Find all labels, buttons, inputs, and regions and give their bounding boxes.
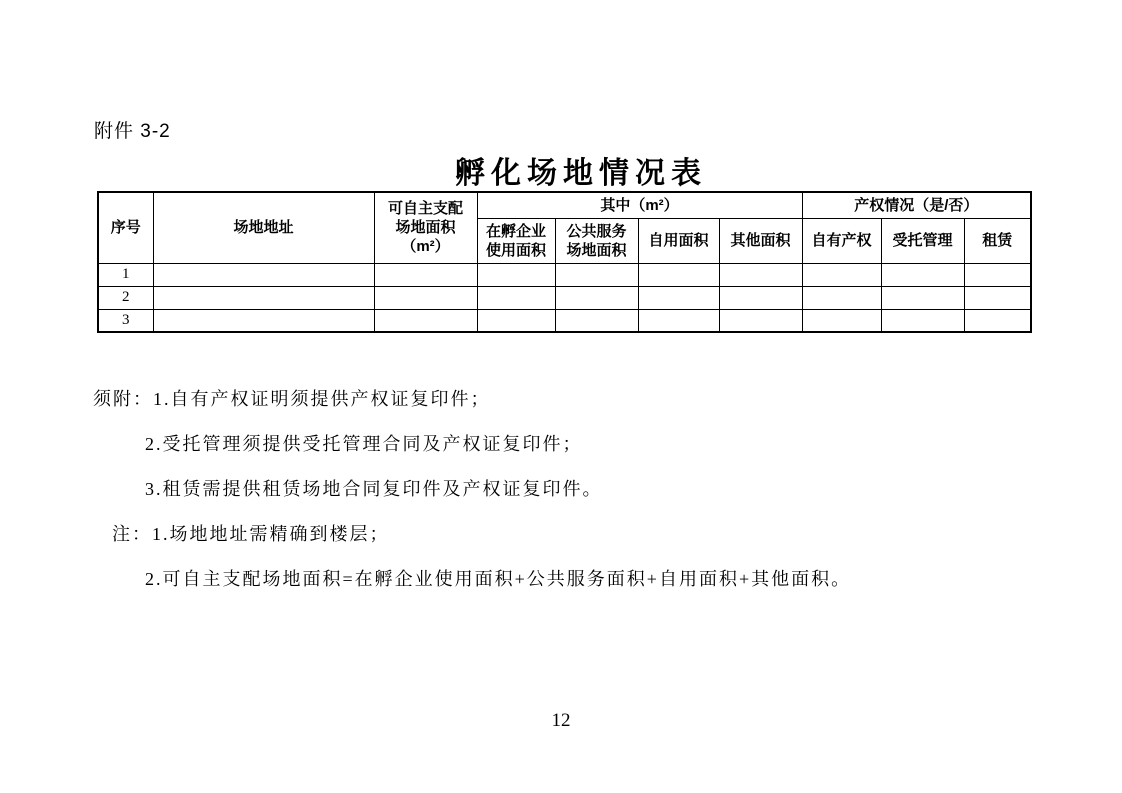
col-header-disposable-area: 可自主支配 场地面积 （m²） xyxy=(374,192,477,263)
cell-leased xyxy=(964,309,1031,332)
cell-address xyxy=(153,263,374,286)
row-seq: 3 xyxy=(98,309,153,332)
cell-self-use-area xyxy=(638,309,719,332)
col-header-leased: 租赁 xyxy=(964,218,1031,263)
cell-address xyxy=(153,286,374,309)
cell-self-use-area xyxy=(638,286,719,309)
page-number: 12 xyxy=(0,710,1122,732)
cell-address xyxy=(153,309,374,332)
cell-other-area xyxy=(719,309,802,332)
cell-other-area xyxy=(719,263,802,286)
note-attachment-1: 须附：1.自有产权证明须提供产权证复印件； xyxy=(93,385,491,411)
row-seq: 1 xyxy=(98,263,153,286)
cell-leased xyxy=(964,286,1031,309)
cell-entrusted-management xyxy=(881,286,964,309)
row-seq: 2 xyxy=(98,286,153,309)
cell-public-service-area xyxy=(555,263,638,286)
col-header-owned-property: 自有产权 xyxy=(802,218,881,263)
attachment-label: 附件 3-2 xyxy=(94,116,171,143)
incubation-site-table: 序号 场地地址 可自主支配 场地面积 （m²） 其中（m²） 产权情况（是/否）… xyxy=(97,191,1032,333)
col-header-entrusted-management: 受托管理 xyxy=(881,218,964,263)
col-header-other-area: 其他面积 xyxy=(719,218,802,263)
col-header-address: 场地地址 xyxy=(153,192,374,263)
col-header-seq: 序号 xyxy=(98,192,153,263)
col-group-ownership: 产权情况（是/否） xyxy=(802,192,1031,218)
table-row: 3 xyxy=(98,309,1031,332)
document-page: 附件 3-2 孵化场地情况表 序号 场地地址 可自主支配 场地面积 （m²） 其… xyxy=(0,0,1122,793)
cell-incubating-use-area xyxy=(477,286,555,309)
cell-disposable-area xyxy=(374,286,477,309)
note-remark-1: 注：1.场地地址需精确到楼层； xyxy=(112,520,390,546)
note-remark-2: 2.可自主支配场地面积=在孵企业使用面积+公共服务面积+自用面积+其他面积。 xyxy=(145,565,851,591)
col-group-breakdown: 其中（m²） xyxy=(477,192,802,218)
note-attachment-3: 3.租赁需提供租赁场地合同复印件及产权证复印件。 xyxy=(145,475,603,501)
col-header-public-service-area: 公共服务 场地面积 xyxy=(555,218,638,263)
page-title: 孵化场地情况表 xyxy=(455,148,707,192)
cell-public-service-area xyxy=(555,286,638,309)
cell-leased xyxy=(964,263,1031,286)
cell-incubating-use-area xyxy=(477,263,555,286)
cell-entrusted-management xyxy=(881,309,964,332)
cell-public-service-area xyxy=(555,309,638,332)
cell-self-use-area xyxy=(638,263,719,286)
cell-other-area xyxy=(719,286,802,309)
cell-owned-property xyxy=(802,263,881,286)
col-header-self-use-area: 自用面积 xyxy=(638,218,719,263)
cell-entrusted-management xyxy=(881,263,964,286)
cell-owned-property xyxy=(802,286,881,309)
table-row: 1 xyxy=(98,263,1031,286)
cell-incubating-use-area xyxy=(477,309,555,332)
cell-disposable-area xyxy=(374,309,477,332)
col-header-incubating-use-area: 在孵企业 使用面积 xyxy=(477,218,555,263)
cell-owned-property xyxy=(802,309,881,332)
note-attachment-2: 2.受托管理须提供受托管理合同及产权证复印件； xyxy=(145,430,583,456)
table-row: 2 xyxy=(98,286,1031,309)
cell-disposable-area xyxy=(374,263,477,286)
